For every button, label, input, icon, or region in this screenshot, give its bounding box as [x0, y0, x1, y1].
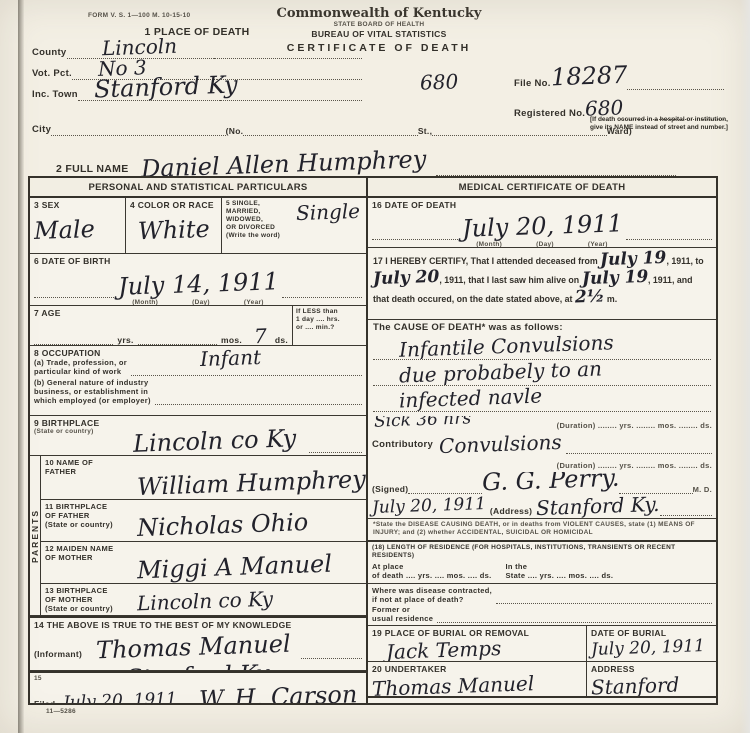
- father-birthplace-value: Nicholas Ohio: [137, 508, 309, 542]
- file-number-value: 18287: [550, 61, 627, 92]
- inc-town-row: Inc. Town Stanford Ky: [32, 89, 362, 101]
- city-row: City (No. St., Ward): [32, 124, 632, 136]
- mother-birthplace-label: 13 BIRTHPLACE OF MOTHER (State or countr…: [45, 586, 137, 613]
- informant-heading: 14 THE ABOVE IS TRUE TO THE BEST OF MY K…: [34, 620, 362, 630]
- birthplace-label: 9 BIRTHPLACE: [34, 418, 99, 428]
- undertaker-value: Thomas Manuel: [372, 671, 535, 696]
- cause-line-3-text: infected navle: [399, 386, 543, 412]
- violent-causes-footnote: *State the DISEASE CAUSING DEATH, or in …: [368, 518, 716, 542]
- contributory-row: Contributory (SECONDARY) Convulsions: [368, 432, 716, 456]
- disease-contracted-row: Where was disease contracted, if not at …: [368, 584, 716, 606]
- age-days-value: 7: [254, 324, 268, 346]
- certify-mid1: , 1911, to: [666, 256, 703, 266]
- informant-label: (Informant): [34, 649, 82, 659]
- occupation-line-a: (a) Trade, profession, or particular kin…: [34, 358, 127, 376]
- signed-address-value: Stanford Ky.: [536, 496, 660, 518]
- cause-line-1: Infantile Convulsions: [373, 334, 711, 360]
- age-main: 7 AGE yrs. mos. 7 ds.: [30, 306, 292, 345]
- informant-section: 14 THE ABOVE IS TRUE TO THE BEST OF MY K…: [30, 616, 366, 671]
- burial-place-cell: 19 PLACE OF BURIAL OR REMOVAL Jack Temps: [368, 626, 586, 661]
- contributory-value: Convulsions: [439, 432, 562, 456]
- last-saw-text: that I last saw him alive on: [468, 275, 579, 285]
- medical-section-title: MEDICAL CERTIFICATE OF DEATH: [368, 178, 716, 198]
- mother-name-label: 12 MAIDEN NAME OF MOTHER: [45, 544, 137, 562]
- certification-paragraph: 17 I HEREBY CERTIFY, That I attended dec…: [368, 248, 716, 320]
- bureau-of-vital-statistics: BUREAU OF VITAL STATISTICS: [254, 29, 504, 39]
- mother-name-value: Miggi A Manuel: [137, 550, 333, 584]
- certify-intro: 17 I HEREBY CERTIFY, That I attended dec…: [373, 256, 598, 266]
- death-certificate-scan: FORM V. S. 1—100 M. 10-15-10 1 PLACE OF …: [0, 0, 750, 733]
- board-of-health: STATE BOARD OF HEALTH: [254, 21, 504, 29]
- contributory-duration-row: (Duration) ........ yrs. ........ mos. .…: [368, 456, 716, 472]
- personal-section-title: PERSONAL AND STATISTICAL PARTICULARS: [30, 178, 366, 198]
- physician-signature: G. G. Perry.: [481, 472, 619, 496]
- dotted-line: [437, 620, 712, 623]
- length-of-residence-section: (18) LENGTH OF RESIDENCE (FOR HOSPITALS,…: [368, 542, 716, 584]
- residence-in-state: In the State .... yrs. .... mos. .... ds…: [505, 562, 613, 580]
- dotted-line: [214, 56, 362, 59]
- form-code: FORM V. S. 1—100 M. 10-15-10: [88, 12, 190, 20]
- undertaker-row: 20 UNDERTAKER Thomas Manuel ADDRESS Stan…: [368, 662, 716, 698]
- dob-year-sublabel: (Year): [244, 299, 264, 306]
- color-race-label: 4 COLOR OR RACE: [130, 200, 217, 210]
- mother-birthplace-row: 13 BIRTHPLACE OF MOTHER (State or countr…: [41, 584, 366, 615]
- dotted-line: [155, 402, 362, 405]
- death-time-value: 2½: [575, 288, 605, 306]
- burial-date-value: July 20, 1911: [591, 636, 706, 660]
- death-time-suffix: m.: [607, 294, 617, 304]
- burial-row: 19 PLACE OF BURIAL OR REMOVAL Jack Temps…: [368, 626, 716, 662]
- dotted-line: [138, 342, 217, 345]
- parents-label-text: PARENTS: [30, 509, 40, 563]
- file-number-label: File No.: [514, 78, 551, 90]
- county-label: County: [32, 47, 67, 59]
- certificate-title: CERTIFICATE OF DEATH: [254, 42, 504, 55]
- dotted-line: [301, 656, 362, 659]
- mother-name-row: 12 MAIDEN NAME OF MOTHER Miggi A Manuel: [41, 542, 366, 584]
- state-header-block: Commonwealth of Kentucky STATE BOARD OF …: [254, 6, 504, 55]
- city-label: City: [32, 124, 51, 136]
- inc-town-value: Stanford Ky: [94, 71, 238, 104]
- color-race-cell: 4 COLOR OR RACE White: [126, 198, 222, 253]
- dod-day-sublabel: (Day): [536, 241, 554, 248]
- age-cell: 7 AGE yrs. mos. 7 ds. If LESS than 1 day…: [30, 306, 366, 346]
- sick-duration-value: Sick 36 hrs: [374, 416, 472, 432]
- parents-vertical-label: PARENTS: [30, 456, 41, 615]
- certify-mid3: , 1911,: [648, 275, 674, 285]
- dotted-line: [220, 98, 362, 101]
- certify-mid2: , 1911,: [439, 275, 465, 285]
- dotted-line: [51, 133, 225, 136]
- mother-birthplace-value: Lincoln co Ky: [137, 587, 274, 615]
- signed-date: July 20, 1911: [372, 496, 487, 518]
- filed-section: 15 Filed July 20, 1911 W. H. Carson REGI…: [30, 671, 366, 703]
- full-name-row: 2 FULL NAME Daniel Allen Humphrey: [56, 150, 676, 176]
- former-residence-label: Former or usual residence: [372, 606, 433, 623]
- parents-rows: 10 NAME OF FATHER William Humphrey 11 BI…: [41, 456, 366, 615]
- disease-contracted-label: Where was disease contracted, if not at …: [372, 586, 492, 604]
- color-race-value: White: [138, 215, 211, 245]
- occupation-line-b: (b) General nature of industry business,…: [34, 378, 151, 405]
- cause-line-3: infected navle: [373, 386, 711, 412]
- marital-status-value: Single: [296, 199, 361, 225]
- burial-date-cell: DATE OF BURIAL July 20, 1911: [586, 626, 716, 661]
- dotted-line: [372, 237, 458, 240]
- medical-certificate-column: MEDICAL CERTIFICATE OF DEATH 16 DATE OF …: [368, 178, 716, 703]
- personal-particulars-column: PERSONAL AND STATISTICAL PARTICULARS 3 S…: [30, 178, 368, 703]
- dob-day-sublabel: (Day): [192, 299, 210, 306]
- filed-date: July 20, 1911: [63, 689, 178, 703]
- registered-number-label: Registered No.: [514, 108, 585, 120]
- dotted-line: [626, 237, 712, 240]
- cause-duration-row: Sick 36 hrs (Duration) ........ yrs. ...…: [368, 416, 716, 432]
- certificate-body: PERSONAL AND STATISTICAL PARTICULARS 3 S…: [28, 176, 718, 705]
- occupation-cell: 8 OCCUPATION Infant (a) Trade, professio…: [30, 346, 366, 416]
- undertaker-address-cell: ADDRESS Stanford: [586, 662, 716, 696]
- cause-of-death-label: The CAUSE OF DEATH* was as follows:: [373, 322, 711, 334]
- last-saw-value: July 19: [581, 269, 648, 288]
- marital-status-cell: 5 SINGLE, MARRIED, WIDOWED, OR DIVORCED …: [222, 198, 366, 253]
- residence-at-place: At place of death .... yrs. .... mos. ..…: [372, 562, 491, 580]
- father-name-value: William Humphrey: [137, 465, 366, 500]
- attended-from-value: July 19: [600, 250, 667, 269]
- dotted-line: [566, 451, 712, 454]
- birthplace-sublabel: (State or country): [34, 428, 99, 436]
- dod-year-sublabel: (Year): [588, 241, 608, 248]
- contributory-label: Contributory: [372, 439, 433, 450]
- contributory-duration-label: (Duration) ........ yrs. ........ mos. .…: [557, 461, 712, 470]
- age-label: 7 AGE: [34, 308, 288, 318]
- city-no-label: (No.: [226, 126, 244, 136]
- undertaker-address-value: Stanford: [591, 672, 680, 696]
- signed-date-address-row: July 20, 1911 (Address) Stanford Ky.: [368, 496, 716, 518]
- sex-label: 3 SEX: [34, 200, 121, 210]
- father-birthplace-row: 11 BIRTHPLACE OF FATHER (State or countr…: [41, 500, 366, 542]
- certificate-header: FORM V. S. 1—100 M. 10-15-10 1 PLACE OF …: [28, 4, 734, 176]
- age-less-than-day-note: If LESS than 1 day .... hrs. or .... min…: [292, 306, 366, 345]
- print-code: 11—5286: [46, 708, 76, 716]
- occupation-label: 8 OCCUPATION: [34, 348, 362, 358]
- sex-cell: 3 SEX Male: [30, 198, 126, 253]
- date-of-death-value: July 20, 1911: [461, 209, 623, 243]
- attended-to-value: July 20: [373, 269, 440, 288]
- cause-of-death-section: The CAUSE OF DEATH* was as follows: Infa…: [368, 320, 716, 416]
- birthplace-cell: 9 BIRTHPLACE (State or country) Lincoln …: [30, 416, 366, 456]
- dotted-line: [282, 295, 362, 298]
- dotted-line: [34, 342, 113, 345]
- sex-color-marital-row: 3 SEX Male 4 COLOR OR RACE White 5 SINGL…: [30, 198, 366, 254]
- cause-duration-label: (Duration) ........ yrs. ........ mos. .…: [557, 421, 712, 430]
- file-number-row: File No. 18287: [514, 62, 724, 90]
- signed-label: (Signed): [372, 484, 408, 494]
- residence-heading: (18) LENGTH OF RESIDENCE (FOR HOSPITALS,…: [372, 544, 712, 560]
- dotted-line: [619, 491, 692, 494]
- date-of-birth-cell: 6 DATE OF BIRTH July 14, 1911 (Month) (D…: [30, 254, 366, 306]
- commonwealth-title: Commonwealth of Kentucky: [254, 6, 504, 21]
- dotted-line: [432, 133, 606, 136]
- cause-line-1-text: Infantile Convulsions: [399, 334, 614, 360]
- cause-line-2-text: due probabely to an: [399, 360, 603, 386]
- md-label: M. D.: [693, 485, 712, 494]
- signed-row: (Signed) G. G. Perry. M. D.: [368, 472, 716, 496]
- occupation-value: Infant: [200, 346, 262, 371]
- date-of-death-cell: 16 DATE OF DEATH July 20, 1911 (Month) (…: [368, 198, 716, 248]
- filed-label: Filed: [34, 699, 55, 703]
- inc-town-label: Inc. Town: [32, 89, 78, 101]
- registrar-signature: W. H. Carson: [199, 680, 358, 703]
- voting-precinct-label: Vot. Pct.: [32, 68, 72, 80]
- dotted-line: [496, 601, 712, 604]
- undertaker-cell: 20 UNDERTAKER Thomas Manuel: [368, 662, 586, 696]
- dotted-line: [408, 491, 481, 494]
- city-st-label: St.,: [418, 126, 432, 136]
- father-name-label: 10 NAME OF FATHER: [45, 458, 137, 476]
- center-handwritten-number: 680: [420, 69, 459, 94]
- parents-section: PARENTS 10 NAME OF FATHER William Humphr…: [30, 456, 366, 616]
- dotted-line: [131, 373, 362, 376]
- dotted-line: [34, 295, 114, 298]
- dotted-line: [243, 133, 417, 136]
- former-residence-row: Former or usual residence: [368, 606, 716, 626]
- dotted-line: [217, 77, 362, 80]
- father-name-row: 10 NAME OF FATHER William Humphrey: [41, 456, 366, 500]
- dotted-line: [660, 513, 712, 516]
- bottom-filler: [368, 698, 716, 703]
- birthplace-value: Lincoln co Ky: [133, 424, 297, 456]
- signed-address-label: (Address): [490, 506, 532, 516]
- date-of-birth-value: July 14, 1911: [117, 267, 279, 301]
- city-ward-label: Ward): [607, 126, 632, 136]
- age-yrs-label: yrs.: [117, 335, 133, 345]
- full-name-label: 2 FULL NAME: [56, 163, 129, 176]
- burial-place-value: Jack Temps: [386, 636, 502, 661]
- dotted-line: [309, 450, 362, 453]
- age-mos-label: mos.: [221, 335, 242, 345]
- age-ds-label: ds.: [275, 335, 288, 345]
- cause-line-2: due probabely to an: [373, 360, 711, 386]
- date-of-birth-label: 6 DATE OF BIRTH: [34, 256, 362, 266]
- sex-value: Male: [34, 215, 96, 245]
- dotted-line: [627, 87, 724, 90]
- father-birthplace-label: 11 BIRTHPLACE OF FATHER (State or countr…: [45, 502, 137, 529]
- date-of-death-label: 16 DATE OF DEATH: [372, 200, 712, 210]
